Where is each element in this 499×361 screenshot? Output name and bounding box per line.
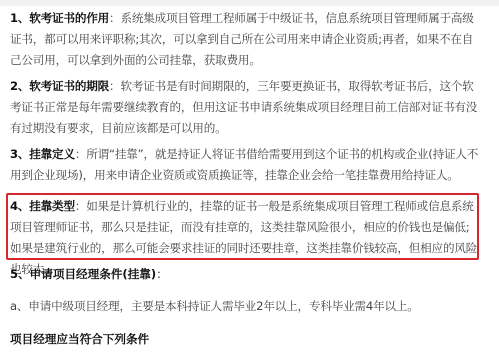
paragraph-title: 2、软考证书的期限 — [10, 79, 109, 93]
paragraph-certificate-term: 2、软考证书的期限：软考证书是有时间期限的，三年要更换证书，取得软考证书后，这个… — [10, 76, 480, 139]
paragraph-title: 3、挂靠定义 — [10, 147, 75, 161]
paragraph-title: 4、挂靠类型 — [10, 199, 75, 213]
paragraph-certificate-use: 1、软考证书的作用：系统集成项目管理工程师属于中级证书，信息系统项目管理师属于高… — [10, 8, 480, 71]
paragraph-title: 1、软考证书的作用 — [10, 11, 109, 25]
section-heading-pm-requirements: 项目经理应当符合下列条件 — [10, 329, 149, 350]
paragraph-affiliation-definition: 3、挂靠定义：所谓“挂靠”，就是持证人将证书借给需要用到这个证书的机构或企业(持… — [10, 144, 480, 186]
paragraph-mid-level-pm: a、申请中级项目经理，主要是本科持证人需毕业2年以上，专科毕业需4年以上。 — [10, 296, 480, 317]
paragraph-body: a、申请中级项目经理，主要是本科持证人需毕业2年以上，专科毕业需4年以上。 — [10, 299, 419, 313]
section-heading-pm-conditions: 5、申请项目经理条件(挂靠)： — [10, 264, 168, 285]
top-divider — [0, 0, 499, 6]
